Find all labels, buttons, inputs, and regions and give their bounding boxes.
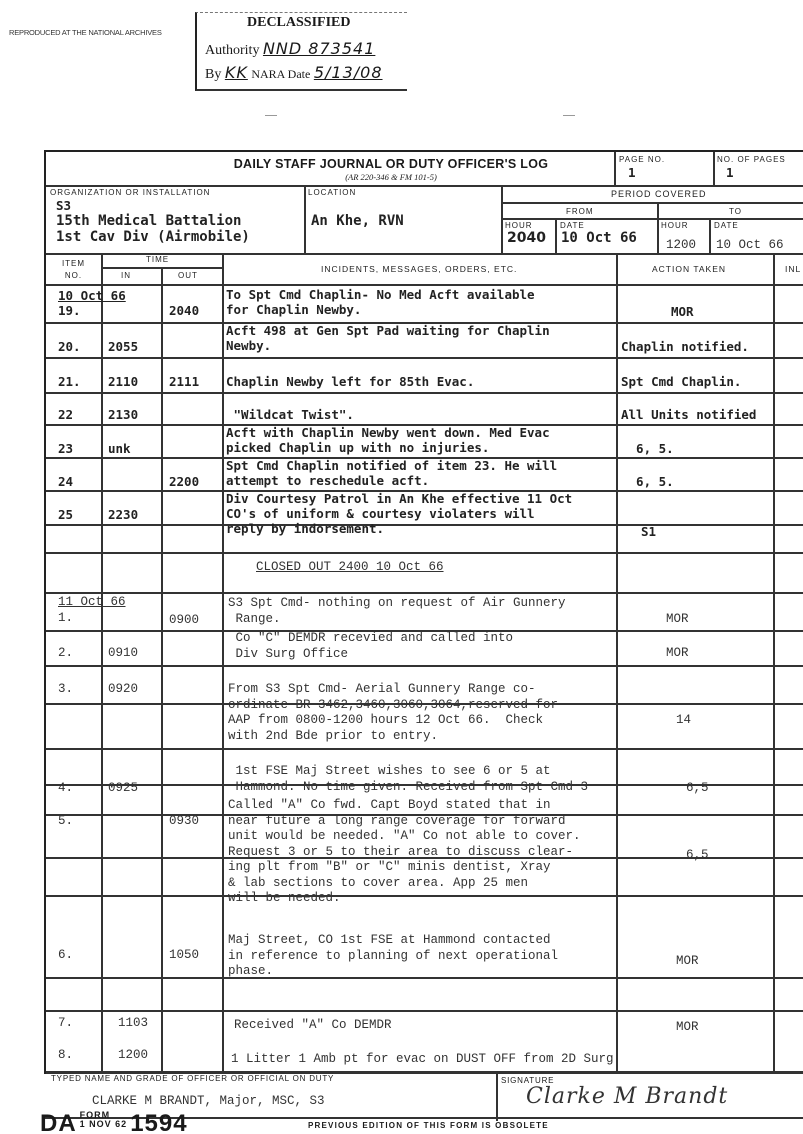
officer-name: CLARKE M BRANDT, Major, MSC, S3 [92,1094,325,1110]
item-no: 5. [58,814,73,830]
entry-text: Called "A" Co fwd. Capt Boyd stated that… [228,798,581,907]
location-value: An Khe, RVN [311,214,404,229]
row-line [46,284,803,286]
by-value: KK [225,63,248,82]
from-hour-value: 2040 [507,231,546,246]
row-line [46,357,803,359]
authority-value: NND 873541 [263,39,375,58]
to-date-value: 10 Oct 66 [716,238,784,254]
divider [614,152,616,185]
time-in: 0920 [108,682,138,698]
entry-text: 1st FSE Maj Street wishes to see 6 or 5 … [228,764,588,795]
item-no: 8. [58,1048,73,1064]
page-no-value: 1 [628,165,636,180]
action-taken: Spt Cmd Chaplin. [621,374,741,389]
divider [713,152,715,185]
col-incidents: INCIDENTS, MESSAGES, ORDERS, ETC. [321,264,517,274]
item-no: 25 [58,507,73,522]
action-taken: S1 [641,524,656,539]
time-in: 1103 [118,1016,148,1032]
time-out: 1050 [169,948,199,964]
scan-mark [563,115,575,116]
form-number: DAFORM1 NOV 621594 [40,1110,188,1134]
closed-out-note: CLOSED OUT 2400 10 Oct 66 [256,560,444,576]
action-taken: 6, 5. [621,474,674,489]
action-taken: MOR [671,304,694,319]
item-no: 4. [58,781,73,797]
action-taken: 6,5 [686,848,709,864]
to-label: TO [729,207,742,216]
item-no: 1. [58,611,73,627]
time-in: 2110 [108,374,138,389]
column-line [773,253,775,1071]
divider [304,185,306,253]
entry-text: Maj Street, CO 1st FSE at Hammond contac… [228,933,558,980]
col-initials: INL [785,264,801,274]
org-line-2: 15th Medical Battalion [56,214,241,229]
to-hour-value: 1200 [666,238,696,254]
item-no: 23 [58,441,73,456]
item-no: 7. [58,1016,73,1032]
row-line [46,665,803,667]
column-line [101,253,103,1071]
divider [46,185,803,187]
entry-text: Spt Cmd Chaplin notified of item 23. He … [226,458,557,488]
time-in: 2130 [108,407,138,422]
org-label: ORGANIZATION OR INSTALLATION [50,188,210,197]
nara-date-value: 5/13/08 [314,63,383,82]
divider [501,202,803,204]
column-line [616,253,618,1071]
divider [657,202,659,253]
time-in: 0925 [108,781,138,797]
entry-text: S3 Spt Cmd- nothing on request of Air Gu… [228,596,566,627]
org-line-1: S3 [56,198,71,213]
divider [496,1073,498,1121]
column-line [222,253,224,1071]
form-subtitle: (AR 220-346 & FM 101-5) [156,172,626,182]
entry-text: Chaplin Newby left for 85th Evac. [226,374,474,389]
entry-text: "Wildcat Twist". [226,407,354,422]
entry-text: To Spt Cmd Chaplin- No Med Acft availabl… [226,287,535,317]
action-taken: 14 [676,713,691,729]
time-out: 0900 [169,613,199,629]
location-label: LOCATION [308,188,356,197]
org-line-3: 1st Cav Div (Airmobile) [56,230,250,245]
action-taken: MOR [676,954,699,970]
from-date-label: DATE [560,221,585,230]
declass-title: DECLASSIFIED [247,15,350,31]
time-out: 2040 [169,303,199,318]
row-line [46,552,803,554]
col-item-no: ITEM NO. [56,258,91,282]
action-taken: All Units notified [621,407,756,422]
no-of-pages-label: NO. OF PAGES [717,155,786,164]
time-in: unk [108,441,131,456]
entry-text: Received "A" Co DEMDR [234,1018,392,1034]
time-in: 1200 [118,1048,148,1064]
to-date-label: DATE [714,221,739,230]
date-header: 10 Oct 66 [58,288,126,303]
entry-text: Acft with Chaplin Newby went down. Med E… [226,425,550,455]
time-out: 2200 [169,474,199,489]
col-in: IN [121,271,131,280]
item-no: 3. [58,682,73,698]
item-no: 6. [58,948,73,964]
from-hour-label: HOUR [505,221,533,230]
time-in: 0910 [108,646,138,662]
form-title: DAILY STAFF JOURNAL OR DUTY OFFICER'S LO… [156,157,626,171]
item-no: 24 [58,474,73,489]
entry-text: Acft 498 at Gen Spt Pad waiting for Chap… [226,323,550,353]
col-action-taken: ACTION TAKEN [652,264,726,274]
time-in: 2230 [108,507,138,522]
entry-text: Co "C" DEMDR recevied and called into Di… [228,631,513,662]
column-line [161,267,163,1071]
entry-text: Div Courtesy Patrol in An Khe effective … [226,491,572,536]
officer-label: TYPED NAME AND GRADE OF OFFICER OR OFFIC… [51,1074,334,1083]
action-taken: MOR [666,646,689,662]
row-line [46,748,803,750]
col-time: TIME [146,255,169,264]
item-no: 2. [58,646,73,662]
by-line: By KK NARA Date 5/13/08 [205,63,383,83]
to-hour-label: HOUR [661,221,689,230]
action-taken: 6, 5. [621,441,674,456]
item-no: 22 [58,407,73,422]
from-date-value: 10 Oct 66 [561,231,637,246]
row-line [46,392,803,394]
previous-edition-note: PREVIOUS EDITION OF THIS FORM IS OBSOLET… [308,1121,549,1130]
time-out: 0930 [169,814,199,830]
divider [555,218,557,253]
divider [709,218,711,253]
no-of-pages-value: 1 [726,165,734,180]
period-covered-label: PERIOD COVERED [611,189,707,199]
entry-text: From S3 Spt Cmd- Aerial Gunnery Range co… [228,682,558,744]
scan-mark [265,115,277,116]
entry-text: 1 Litter 1 Amb pt for evac on DUST OFF f… [231,1052,614,1068]
col-out: OUT [178,271,198,280]
duty-officer-log-form: DAILY STAFF JOURNAL OR DUTY OFFICER'S LO… [44,150,803,1074]
action-taken: 6,5 [686,781,709,797]
action-taken: MOR [676,1020,699,1036]
row-line [46,592,803,594]
page-no-label: PAGE NO. [619,155,665,164]
time-out: 2111 [169,374,199,389]
row-line [46,1010,803,1012]
declassified-stamp: DECLASSIFIED Authority NND 873541 By KK … [195,12,407,91]
action-taken: MOR [666,612,689,628]
time-in: 2055 [108,339,138,354]
divider [501,218,803,220]
authority-line: Authority NND 873541 [205,39,375,59]
archive-note: REPRODUCED AT THE NATIONAL ARCHIVES [9,28,162,37]
from-label: FROM [566,207,594,216]
date-header: 11 Oct 66 [58,595,126,611]
item-no: 20. [58,339,81,354]
item-no: 21. [58,374,81,389]
signature: Clarke M Brandt [526,1084,728,1109]
item-no: 19. [58,303,81,318]
action-taken: Chaplin notified. [621,339,749,354]
